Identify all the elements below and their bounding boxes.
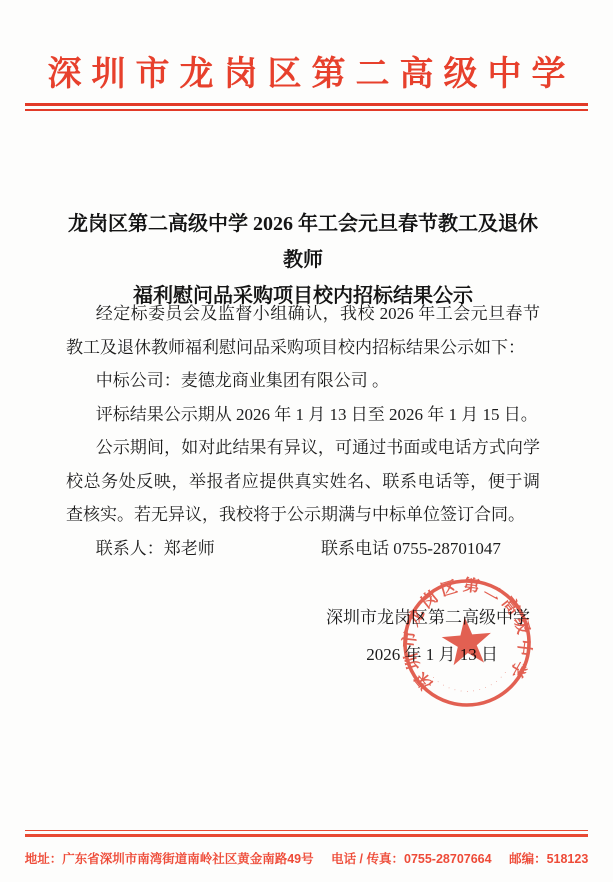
seal-serial-dots: · · · · · · · · · · · · · · <box>430 669 512 699</box>
footer-phone-fax: 电话 / 传真：0755-28707664 <box>331 852 492 866</box>
paragraph-winning-company: 中标公司：麦德龙商业集团有限公司 。 <box>66 364 540 398</box>
seal-serial-text-container: · · · · · · · · · · · · · · <box>430 669 512 699</box>
footer-address: 地址：广东省深圳市南湾街道南岭社区黄金南路49号 <box>25 852 314 866</box>
paragraph-confirmation: 经定标委员会及监督小组确认，我校 2026 年工会元旦春节教工及退休教师福利慰问… <box>66 297 540 364</box>
contact-phone: 联系电话 0755-28701047 <box>321 532 501 566</box>
contact-line: 联系人：郑老师 联系电话 0755-28701047 <box>66 532 540 566</box>
footer-contact-strip: 地址：广东省深圳市南湾街道南岭社区黄金南路49号 电话 / 传真：0755-28… <box>0 849 613 867</box>
paragraph-publicity-period: 评标结果公示期从 2026 年 1 月 13 日至 2026 年 1 月 15 … <box>66 398 540 432</box>
letterhead-school-name: 深圳市龙岗区第二高级中学 <box>0 46 613 95</box>
notice-title-line1: 龙岗区第二高级中学 2026 年工会元旦春节教工及退休教师 <box>64 206 542 278</box>
signature-organization: 深圳市龙岗区第二高级中学 <box>66 599 540 636</box>
notice-document-page: 深圳市龙岗区第二高级中学 龙岗区第二高级中学 2026 年工会元旦春节教工及退休… <box>0 0 613 882</box>
notice-body: 经定标委员会及监督小组确认，我校 2026 年工会元旦春节教工及退休教师福利慰问… <box>66 297 540 565</box>
paragraph-objection-instructions: 公示期间，如对此结果有异议，可通过书面或电话方式向学校总务处反映，举报者应提供真… <box>66 431 540 532</box>
contact-person: 联系人：郑老师 <box>96 532 215 566</box>
footer-double-rule <box>25 830 588 837</box>
signature-block: 深圳市龙岗区第二高级中学 2026 年 1 月 13 日 <box>66 599 540 673</box>
signature-date: 2026 年 1 月 13 日 <box>66 636 540 673</box>
footer-postcode: 邮编：518123 <box>509 852 588 866</box>
letterhead-double-rule <box>25 103 588 111</box>
